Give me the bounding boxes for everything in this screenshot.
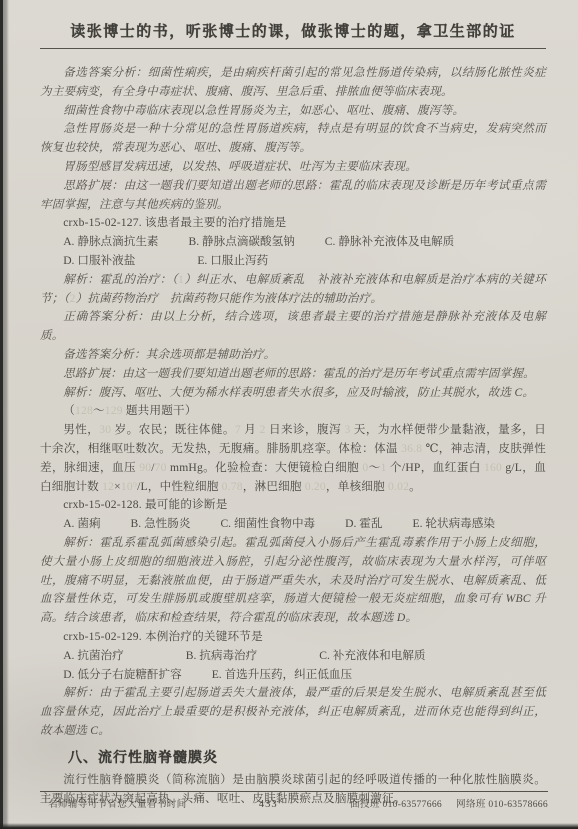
faint-number: 30 <box>99 423 111 436</box>
paragraph: 男性，30 岁。农民；既往体健。7 月 2 日来诊，腹泻 3 天，为水样便带少量… <box>40 421 546 496</box>
faint-number: 10⁹ <box>121 480 137 493</box>
text-run: 细菌性食物中毒临床表现以急性胃肠炎为主，如恶心、呕吐、腹痛、腹泻等。 <box>63 104 464 117</box>
options-row: D. 口服补液盐E. 口服止泻药 <box>40 252 546 271</box>
paragraph: 急性胃肠炎是一种十分常见的急性胃肠道疾病，特点是有明显的饮食不当病史，发病突然而… <box>40 120 546 158</box>
text-run: 思路扩展：由这一题我们要知道出题老师的思路：霍乱的临床表现及诊断是历年考试重点需… <box>40 179 546 211</box>
text-run: ）抗菌药物治疗 抗菌药物只能作为液体疗法的辅助治疗。 <box>76 292 383 305</box>
faint-number: 36.8 <box>401 442 422 455</box>
faint-number: 0.20 <box>305 480 326 493</box>
text-run: 备选答案分析：细菌性痢疾，是由痢疾杆菌引起的常见急性肠道传染病，以结肠化脓性炎症… <box>40 66 546 98</box>
options-row: A. 抗菌治疗B. 抗病毒治疗C. 补充液体和电解质 <box>40 647 546 666</box>
text-run: ，单核细胞 <box>326 480 388 493</box>
footer-row: 名师辅导可节省您大量看书时间 433 面授班 010-63577666 网络班 … <box>40 796 548 810</box>
paragraph: 解析：由于霍乱主要引起肠道丢失大量液体，最严重的后果是发生脱水、电解质紊乱甚至低… <box>40 684 546 740</box>
page-number: 433 <box>187 799 351 810</box>
text-run: crxb-15-02-128. 最可能的诊断是 <box>63 498 227 511</box>
faint-number: 0.78 <box>222 480 243 493</box>
text-run: 月 <box>241 423 260 436</box>
text-run: 解析：霍乱的治疗：（ <box>63 273 178 286</box>
paragraph: 备选答案分析：其余选项都是辅助治疗。 <box>40 346 546 365</box>
header-rule <box>40 48 546 49</box>
paragraph: 思路扩展：由这一题我们要知道出题老师的思路：霍乱的治疗是历年考试重点需牢固掌握。 <box>40 365 546 384</box>
option-item: D. 低分子右旋糖酐扩容 <box>63 666 182 685</box>
page-footer: 名师辅导可节省您大量看书时间 433 面授班 010-63577666 网络班 … <box>40 791 548 810</box>
text-run: crxb-15-02-127. 该患者最主要的治疗措施是 <box>63 216 286 229</box>
text-run: ，淋巴细胞 <box>243 480 305 493</box>
footer-face-class-phone: 面授班 010-63577666 <box>350 796 442 810</box>
option-item: D. 霍乱 <box>345 515 382 534</box>
text-run: crxb-15-02-129. 本例治疗的关键环节是 <box>63 630 263 643</box>
header-slogan: 读张博士的书，听张博士的课，做张博士的题，拿卫生部的证 <box>40 20 546 41</box>
paragraph: 备选答案分析：细菌性痢疾，是由痢疾杆菌引起的常见急性肠道传染病，以结肠化脓性炎症… <box>40 64 546 102</box>
option-item: E. 首选升压药，纠正低血压 <box>212 666 352 685</box>
option-item: E. 口服止泻药 <box>197 252 268 271</box>
text-run: 男性， <box>63 423 99 436</box>
footer-rule <box>40 791 548 792</box>
paragraph: （128～129 题共用题干） <box>40 402 546 421</box>
page-inner: 读张博士的书，听张博士的课，做张博士的题，拿卫生部的证 备选答案分析：细菌性痢疾… <box>40 0 546 809</box>
faint-number: 128 <box>75 404 93 417</box>
footer-online-class-phone: 网络班 010-63578666 <box>456 796 548 810</box>
document-body: 备选答案分析：细菌性痢疾，是由痢疾杆菌引起的常见急性肠道传染病，以结肠化脓性炎症… <box>40 64 546 809</box>
option-item: A. 菌痢 <box>63 515 100 534</box>
option-item: B. 抗病毒治疗 <box>186 647 258 666</box>
page-bottom-edge-shadow <box>0 823 578 829</box>
option-item: C. 补充液体和电解质 <box>319 647 425 666</box>
text-run: 题共用题干） <box>123 404 197 417</box>
text-run: 备选答案分析：其余选项都是辅助治疗。 <box>63 348 275 361</box>
faint-number: 70 <box>155 461 167 474</box>
paragraph: 思路扩展：由这一题我们要知道出题老师的思路：霍乱的临床表现及诊断是历年考试重点需… <box>40 177 546 215</box>
text-run: 日来诊，腹泻 <box>266 423 345 436</box>
paragraph: crxb-15-02-128. 最可能的诊断是 <box>40 496 546 515</box>
option-item: B. 急性肠炎 <box>131 515 191 534</box>
paragraph: crxb-15-02-127. 该患者最主要的治疗措施是 <box>40 214 546 233</box>
paragraph: 胃肠型感冒发病迅速，以发热、呼吸道症状、吐泻为主要临床表现。 <box>40 158 546 177</box>
options-row: A. 菌痢B. 急性肠炎C. 细菌性食物中毒D. 霍乱E. 轮状病毒感染 <box>40 515 546 534</box>
text-run: 。 <box>409 480 421 493</box>
text-run: mmHg。化验检查：大便镜检白细胞 <box>167 461 363 474</box>
option-item: E. 轮状病毒感染 <box>413 515 495 534</box>
scanned-page: 读张博士的书，听张博士的课，做张博士的题，拿卫生部的证 备选答案分析：细菌性痢疾… <box>0 0 578 829</box>
text-run: × <box>114 480 121 493</box>
option-item: C. 细菌性食物中毒 <box>220 515 315 534</box>
text-run: 岁。农民；既往体健。 <box>111 423 235 436</box>
paragraph: 解析：霍乱的治疗：（1）纠正水、电解质紊乱 补液补充液体和电解质是治疗本病的关键… <box>40 271 546 309</box>
option-item: D. 口服补液盐 <box>63 252 135 271</box>
option-item: B. 静脉点滴碳酸氢钠 <box>189 233 295 252</box>
text-run: 解析：霍乱系霍乱弧菌感染引起。霍乱弧菌侵入小肠后产生霍乱毒素作用于小肠上皮细胞，… <box>40 536 546 624</box>
faint-number: 0.02 <box>388 480 409 493</box>
options-row: A. 静脉点滴抗生素B. 静脉点滴碳酸氢钠C. 静脉补充液体及电解质 <box>40 233 546 252</box>
page-left-edge-shadow <box>0 0 9 829</box>
paragraph: 解析：霍乱系霍乱弧菌感染引起。霍乱弧菌侵入小肠后产生霍乱毒素作用于小肠上皮细胞，… <box>40 534 546 628</box>
footer-note: 名师辅导可节省您大量看书时间 <box>48 796 187 810</box>
paragraph: 细菌性食物中毒临床表现以急性胃肠炎为主，如恶心、呕吐、腹痛、腹泻等。 <box>40 102 546 121</box>
footer-contacts: 面授班 010-63577666 网络班 010-63578666 <box>350 796 548 810</box>
paragraph: crxb-15-02-129. 本例治疗的关键环节是 <box>40 628 546 647</box>
text-run: 胃肠型感冒发病迅速，以发热、呼吸道症状、吐泻为主要临床表现。 <box>63 160 417 173</box>
text-run: ～ <box>93 404 105 417</box>
text-run: /L，中性粒细胞 <box>137 480 222 493</box>
paragraph: 正确答案分析：由以上分析，结合选项，该患者最主要的治疗措施是静脉补充液体及电解质… <box>40 308 546 346</box>
text-run: （ <box>63 404 75 417</box>
faint-number: 160 <box>484 461 502 474</box>
paragraph: 解析：腹泻、呕吐、大便为稀水样表明患者失水很多，应及时输液，防止其脱水，故选 C… <box>40 384 546 403</box>
text-run: 思路扩展：由这一题我们要知道出题老师的思路：霍乱的治疗是历年考试重点需牢固掌握。 <box>63 367 535 380</box>
section-heading: 八、流行性脑脊髓膜炎 <box>40 750 546 769</box>
text-run: 解析：腹泻、呕吐、大便为稀水样表明患者失水很多，应及时输液，防止其脱水，故选 C… <box>63 386 534 399</box>
text-run: ～ <box>368 461 380 474</box>
options-row: D. 低分子右旋糖酐扩容E. 首选升压药，纠正低血压 <box>40 666 546 685</box>
text-run: 解析：由于霍乱主要引起肠道丢失大量液体，最严重的后果是发生脱水、电解质紊乱甚至低… <box>40 686 546 737</box>
text-run: 急性胃肠炎是一种十分常见的急性胃肠道疾病，特点是有明显的饮食不当病史，发病突然而… <box>40 122 546 154</box>
faint-number: 129 <box>105 404 123 417</box>
option-item: C. 静脉补充液体及电解质 <box>325 233 454 252</box>
text-run: 个/HP，血红蛋白 <box>387 461 484 474</box>
faint-number: 90 <box>139 461 151 474</box>
faint-number: 12 <box>102 480 114 493</box>
option-item: A. 抗菌治疗 <box>63 647 124 666</box>
option-item: A. 静脉点滴抗生素 <box>63 233 158 252</box>
text-run: 正确答案分析：由以上分析，结合选项，该患者最主要的治疗措施是静脉补充液体及电解质… <box>40 310 546 342</box>
